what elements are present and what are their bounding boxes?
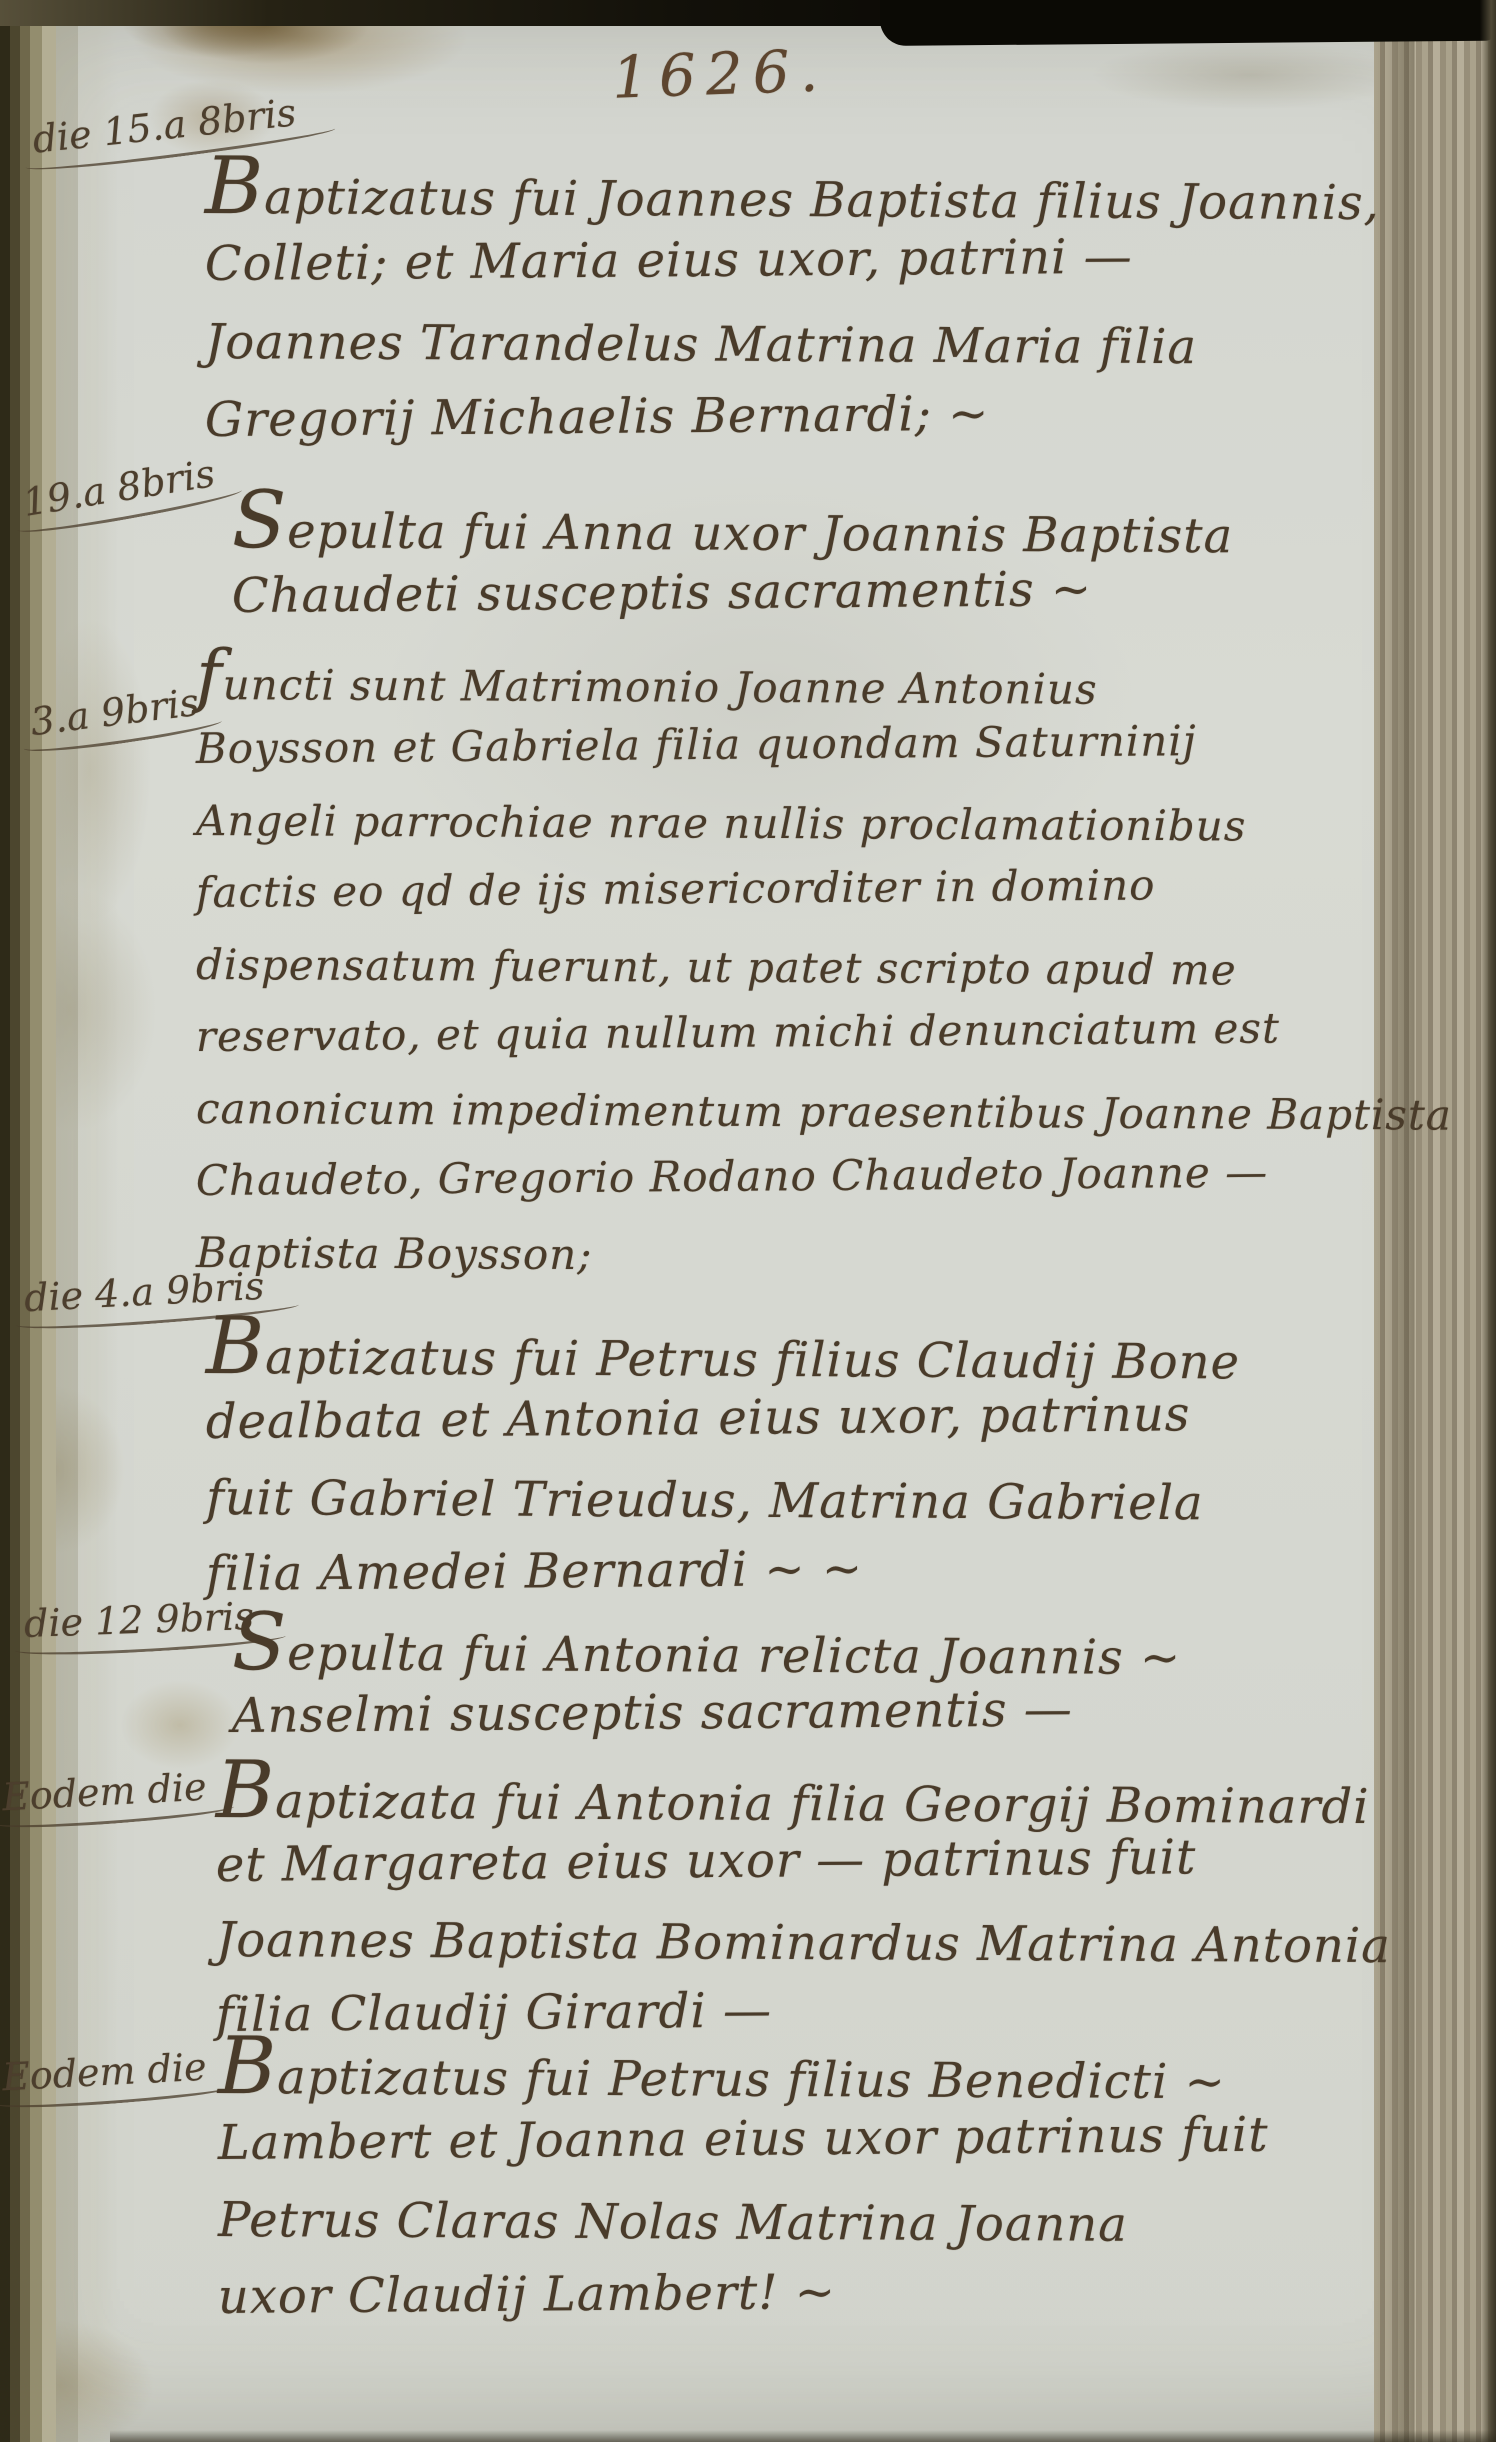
entry-body: Sepulta fui Anna uxor Joannis Baptista C… <box>232 492 1233 644</box>
entry-line: Chaudeto, Gregorio Rodano Chaudeto Joann… <box>196 1146 1452 1228</box>
entry-body: functi sunt Matrimonio Joanne Antonius B… <box>196 652 1452 1300</box>
entry-line: Anselmi susceptis sacramentis — <box>232 1681 1182 1762</box>
page-stack-shadow <box>1480 0 1496 2442</box>
entry-line: et Margareta eius uxor — patrinus fuit <box>216 1828 1391 1912</box>
entry-line: Boysson et Gabriela filia quondam Saturn… <box>196 714 1452 796</box>
year-header: 1626. <box>611 36 829 111</box>
entry-body: Baptizatus fui Petrus filius Claudij Bon… <box>206 1318 1240 1622</box>
entry-body: Baptizatus fui Joannes Baptista filius J… <box>205 158 1380 470</box>
entry-line: Gregorij Michaelis Bernardi; ~ <box>205 383 1380 470</box>
entry-line: dealbata et Antonia eius uxor, patrinus <box>206 1386 1241 1470</box>
entry-line: factis eo qd de ijs misericorditer in do… <box>196 858 1452 940</box>
entry-body: Baptizata fui Antonia filia Georgij Bomi… <box>216 1762 1391 2062</box>
entry-date-margin: Eodem die <box>1 2045 208 2100</box>
paper-stain <box>1090 40 1410 110</box>
manuscript-page-scan: 1626. die 15.a 8bris Baptizatus fui Joan… <box>0 0 1496 2442</box>
entry-line: Colleti; et Maria eius uxor, patrini — <box>205 227 1380 314</box>
book-top-edge-shadow <box>880 0 1496 46</box>
entry-body: Sepulta fui Antonia relicta Joannis ~ An… <box>232 1614 1181 1762</box>
entry-date-margin: Eodem die <box>1 1765 208 1820</box>
entry-line: uxor Claudij Lambert! ~ <box>218 2261 1269 2346</box>
entry-date-margin: die 12 9bris <box>23 1594 254 1646</box>
entry-body: Baptizatus fui Petrus filius Benedicti ~… <box>218 2038 1269 2346</box>
book-bottom-edge <box>110 2430 1496 2442</box>
entry-line: Lambert et Joanna eius uxor patrinus fui… <box>218 2107 1269 2192</box>
entry-line: filia Amedei Bernardi ~ ~ <box>206 1538 1241 1622</box>
entry-line: reservato, et quia nullum michi denuncia… <box>196 1002 1452 1084</box>
entry-line: Baptista Boysson; <box>196 1228 1452 1307</box>
entry-line: Chaudeti susceptis sacramentis ~ <box>232 560 1234 644</box>
